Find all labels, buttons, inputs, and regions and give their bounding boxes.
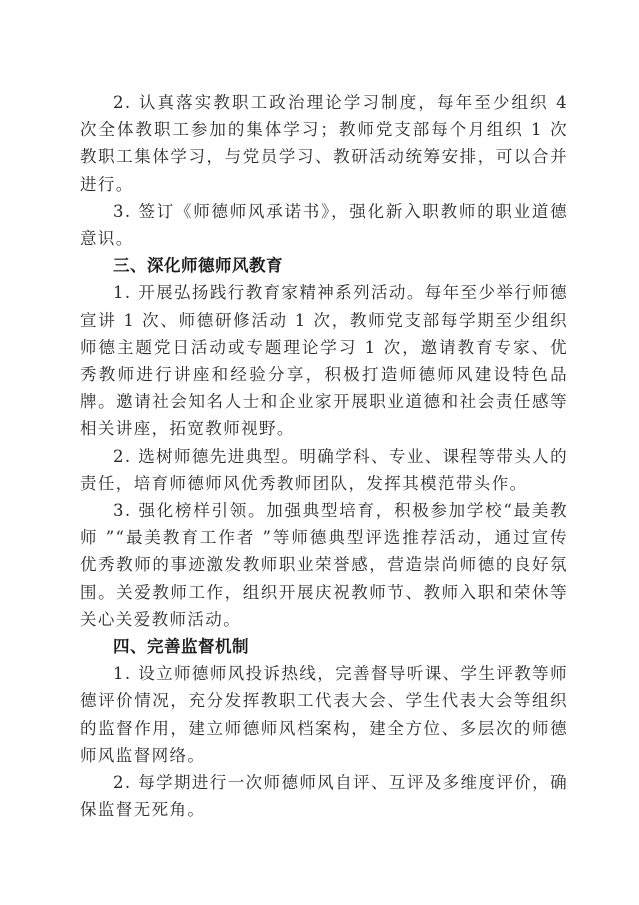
section-heading-4: 四、完善监督机制: [80, 633, 568, 660]
document-page: 2. 认真落实教职工政治理论学习制度，每年至少组织 4 次全体教职工参加的集体学…: [80, 89, 568, 823]
section-heading-3: 三、深化师德师风教育: [80, 252, 568, 279]
paragraph-semester-evaluation: 2. 每学期进行一次师德师风自评、互评及多维度评价，确保监督无死角。: [80, 769, 568, 823]
paragraph-commitment-letter: 3. 签订《师德师风承诺书》，强化新入职教师的职业道德意识。: [80, 198, 568, 252]
paragraph-role-models: 3. 强化榜样引领。加强典型培育，积极参加学校“最美教师 ”“最美教育工作者 ”…: [80, 497, 568, 633]
paragraph-educator-spirit: 1. 开展弘扬践行教育家精神系列活动。每年至少举行师德宣讲 1 次、师德研修活动…: [80, 279, 568, 442]
paragraph-model-teachers: 2. 选树师德先进典型。明确学科、专业、课程等带头人的责任，培育师德师风优秀教师…: [80, 443, 568, 497]
paragraph-theory-study: 2. 认真落实教职工政治理论学习制度，每年至少组织 4 次全体教职工参加的集体学…: [80, 89, 568, 198]
paragraph-complaint-hotline: 1. 设立师德师风投诉热线，完善督导听课、学生评教等师德评价情况，充分发挥教职工…: [80, 660, 568, 769]
